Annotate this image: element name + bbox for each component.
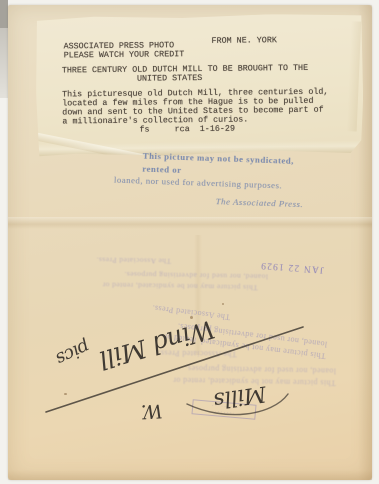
ap-restriction-stamp: This picture may not be syndicated, rent…	[113, 149, 311, 211]
crossout-line	[46, 327, 303, 412]
scanner-edge-shading	[0, 28, 8, 98]
credit-warning-line: PLEASE WATCH YOUR CREDIT	[64, 50, 185, 60]
ink-stroke-overlay	[40, 280, 370, 450]
paper-crease-horizontal	[8, 217, 372, 229]
scanner-edge-artifact	[0, 0, 8, 28]
paper-edge-shadow-bottom	[8, 470, 372, 480]
label-wrinkle	[347, 21, 362, 131]
paper-speck	[64, 393, 67, 395]
slug-line: fs rca 1-16-29	[139, 125, 235, 135]
photo-verso-scan: ASSOCIATED PRESS PHOTO FROM NE. YORK PLE…	[0, 0, 379, 484]
origin-line: FROM NE. YORK	[211, 36, 276, 46]
restriction-stamp-line: The Associated Press.	[96, 255, 268, 269]
paper-speck	[222, 303, 224, 305]
caption-label: ASSOCIATED PRESS PHOTO FROM NE. YORK PLE…	[35, 13, 363, 157]
headline-line-2: UNITED STATES	[137, 74, 202, 84]
ink-flourish	[187, 394, 288, 415]
paper-speck	[190, 316, 193, 319]
